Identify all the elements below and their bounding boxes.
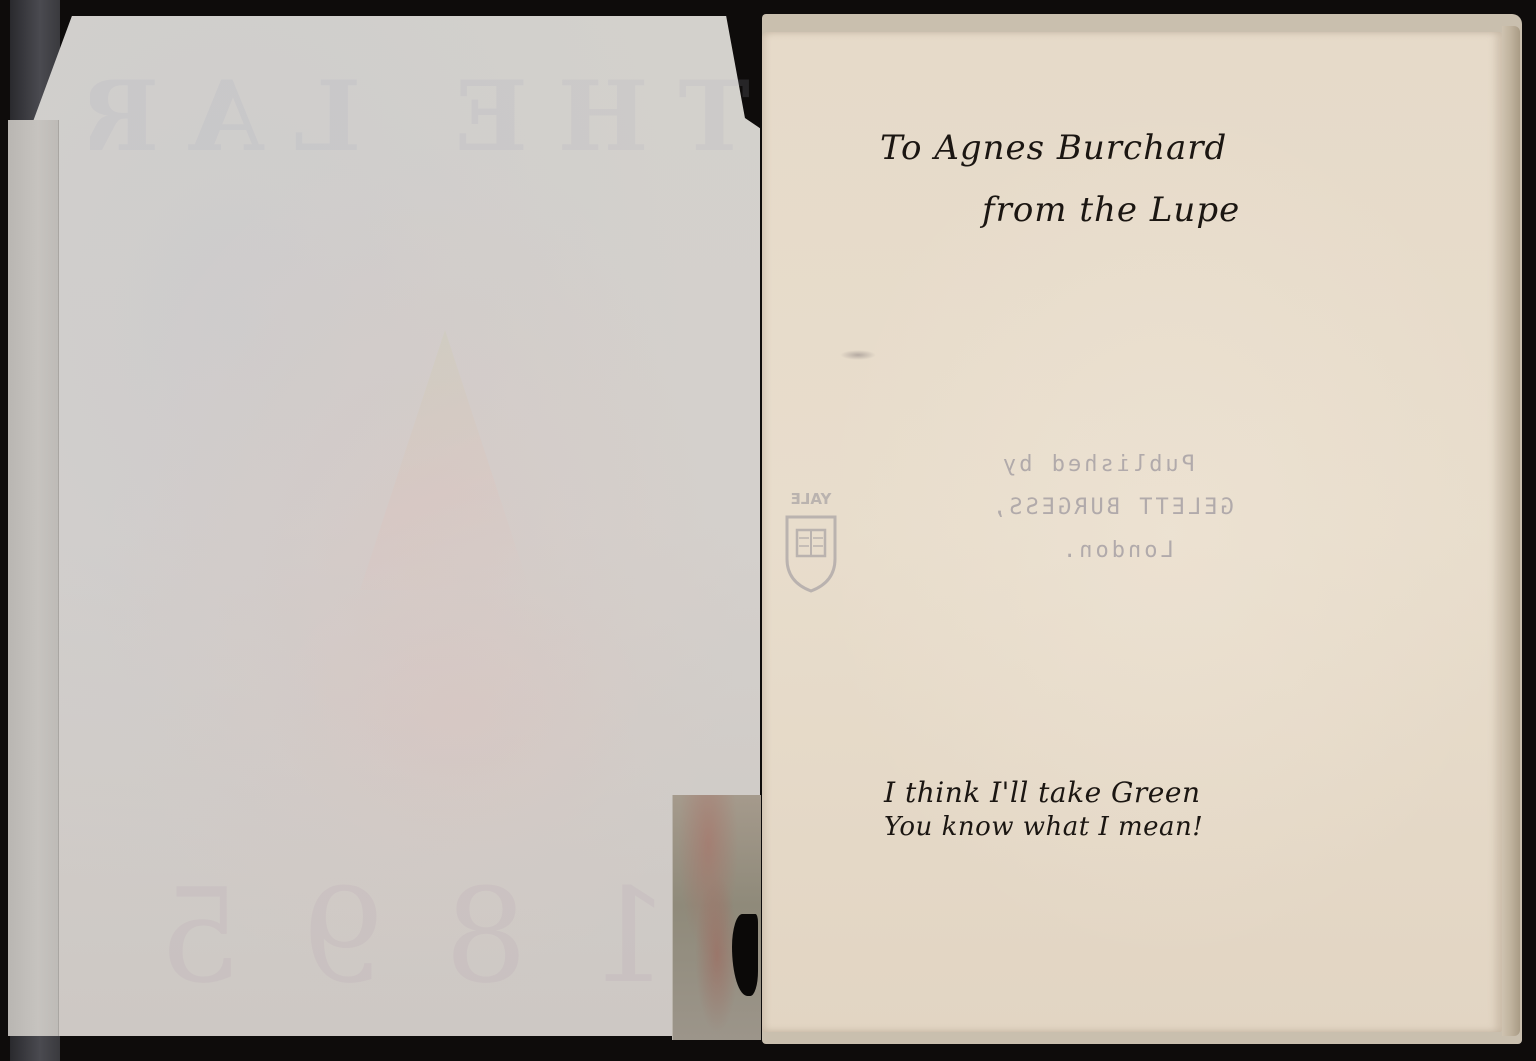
handwritten-dedication-line-1: To Agnes Burchard <box>880 128 1227 168</box>
cover-bottom-bleed-through: 1895 <box>110 860 670 1000</box>
yale-stamp-label: YALE <box>778 490 844 508</box>
page-edges <box>1502 26 1520 1036</box>
yale-library-stamp: YALE <box>778 490 844 600</box>
handwritten-note-line-2: You know what I mean! <box>884 812 1203 842</box>
cover-illustration-bleed-lower <box>270 560 650 860</box>
handwritten-dedication-line-2: from the Lupe <box>982 190 1240 230</box>
mirrored-publisher-line-2: GELETT BURGESS, <box>990 495 1234 520</box>
title-page <box>762 32 1502 1032</box>
cover-title-bleed-through: THE LARK <box>90 60 750 160</box>
shield-icon <box>784 514 838 594</box>
left-page-hinge <box>8 120 59 1036</box>
ink-smudge <box>840 350 876 360</box>
mirrored-publisher-line-1: Published by <box>1000 452 1195 477</box>
mirrored-publisher-line-3: London. <box>1060 538 1174 563</box>
handwritten-note-line-1: I think I'll take Green <box>884 776 1200 809</box>
book-scan: THE LARK 1895 To Agnes Burchard from the… <box>0 0 1536 1061</box>
